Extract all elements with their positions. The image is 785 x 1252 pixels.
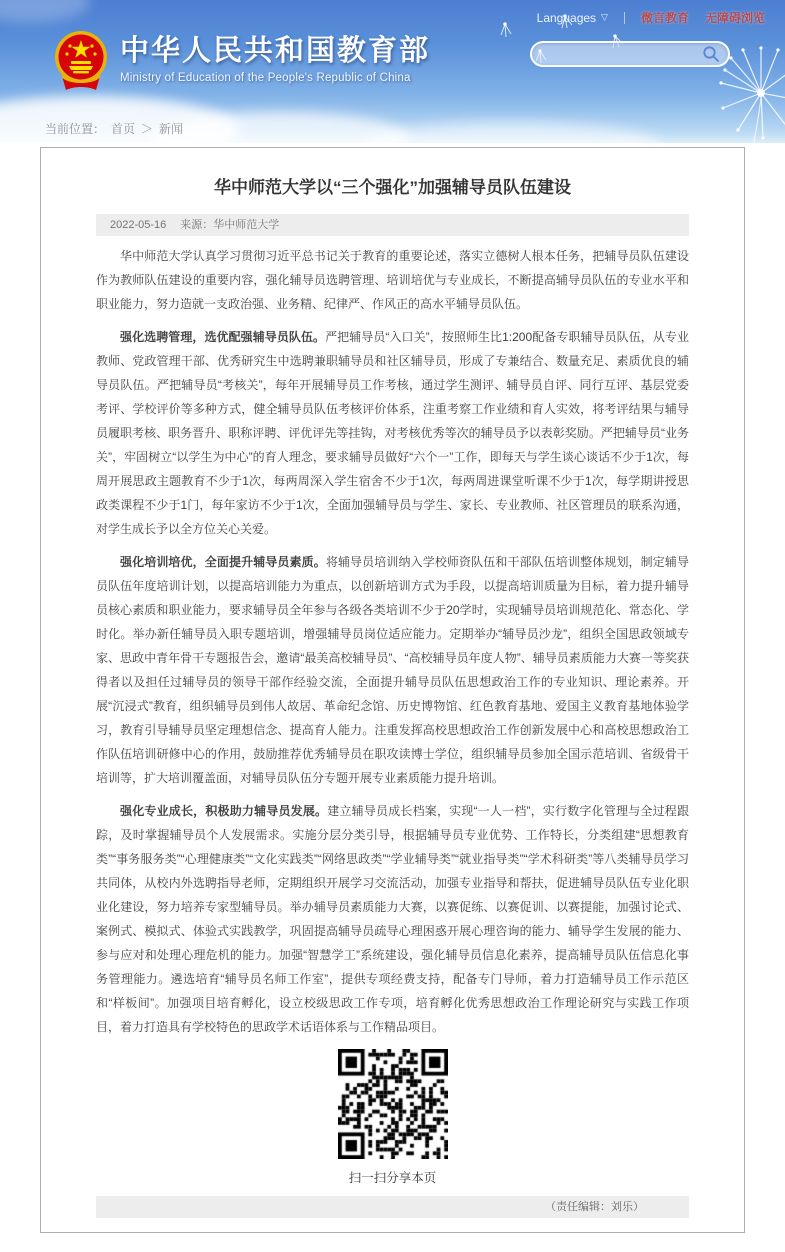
breadcrumb-home-link[interactable]: 首页: [111, 120, 135, 137]
paragraph-selection: 强化选聘管理，选优配强辅导员队伍。严把辅导员“入口关”，按照师生比1:200配备…: [96, 325, 689, 541]
paragraph-training: 强化培训培优，全面提升辅导员素质。将辅导员培训纳入学校师资队伍和干部队伍培训整体…: [96, 550, 689, 790]
paragraph-intro: 华中师范大学认真学习贯彻习近平总书记关于教育的重要论述，落实立德树人根本任务，把…: [96, 244, 689, 316]
breadcrumb-label: 当前位置：: [45, 120, 105, 137]
site-title-cn: 中华人民共和国教育部: [120, 36, 430, 68]
search-button[interactable]: [700, 43, 722, 65]
qr-share-block: 扫一扫分享本页: [96, 1049, 689, 1186]
divider: [624, 12, 625, 24]
chevron-down-icon: ▽: [601, 12, 608, 23]
search-box: [530, 41, 730, 67]
article-body: 华中师范大学认真学习贯彻习近平总书记关于教育的重要论述，落实立德树人根本任务，把…: [96, 244, 689, 1039]
breadcrumb: 当前位置： 首页 ＞ 新闻: [45, 120, 183, 137]
article-date: 2022-05-16: [110, 214, 166, 236]
breadcrumb-current: 新闻: [159, 120, 183, 137]
weiyan-education-link[interactable]: 微言教育: [641, 9, 689, 26]
languages-menu[interactable]: Languages ▽: [537, 11, 608, 25]
site-banner: Languages ▽ 微言教育 无障碍浏览 中华人民共和国教育部 Minist…: [0, 0, 785, 143]
magnifier-icon: [702, 45, 720, 63]
editor-bar: （责任编辑：刘乐）: [96, 1196, 689, 1218]
qr-code: [338, 1049, 448, 1159]
breadcrumb-separator: ＞: [141, 120, 153, 137]
site-title-en: Ministry of Education of the People's Re…: [120, 72, 430, 84]
qr-caption: 扫一扫分享本页: [96, 1168, 689, 1186]
article-title: 华中师范大学以“三个强化”加强辅导员队伍建设: [96, 176, 689, 200]
article-source: 来源：华中师范大学: [180, 214, 279, 236]
accessibility-link[interactable]: 无障碍浏览: [705, 9, 765, 26]
editor-credit: （责任编辑：刘乐）: [545, 1201, 644, 1213]
article-card: 华中师范大学以“三个强化”加强辅导员队伍建设 2022-05-16 来源：华中师…: [40, 147, 745, 1233]
cloud-decoration: [360, 122, 660, 143]
cloud-decoration: [0, 0, 90, 22]
national-emblem-logo: [54, 30, 108, 94]
article-meta-bar: 2022-05-16 来源：华中师范大学: [96, 214, 689, 236]
site-brand: 中华人民共和国教育部 Ministry of Education of the …: [54, 30, 430, 94]
paragraph-growth: 强化专业成长，积极助力辅导员发展。建立辅导员成长档案，实现“一人一档”，实行数字…: [96, 799, 689, 1039]
topbar: Languages ▽ 微言教育 无障碍浏览: [537, 9, 765, 26]
languages-label: Languages: [537, 11, 596, 25]
search-input[interactable]: [544, 46, 700, 62]
